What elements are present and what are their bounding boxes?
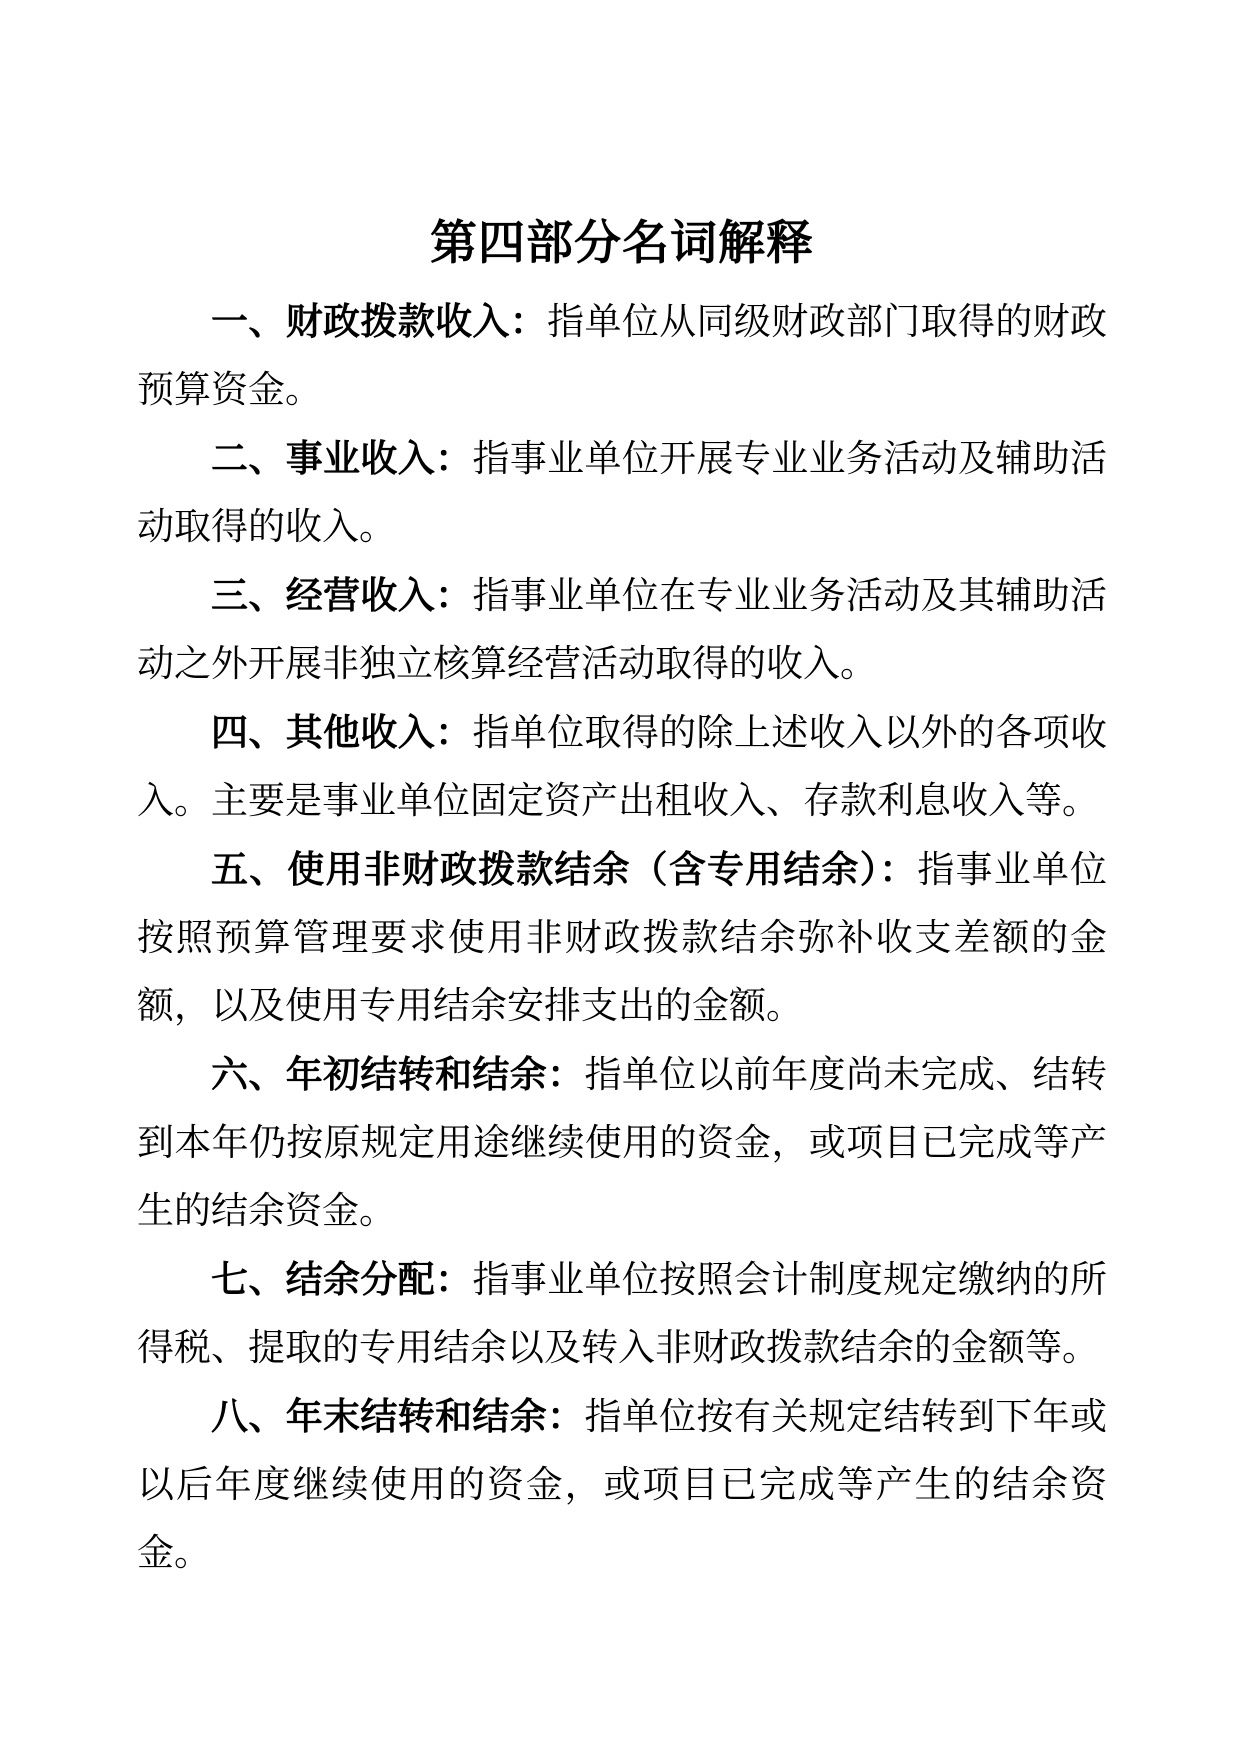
document-content: 第四部分名词解释 一、财政拨款收入：指单位从同级财政部门取得的财政预算资金。 二…	[137, 212, 1107, 1588]
term-label: 八、年末结转和结余：	[211, 1396, 584, 1437]
definition-paragraph: 三、经营收入：指事业单位在专业业务活动及其辅助活动之外开展非独立核算经营活动取得…	[137, 562, 1107, 699]
document-page: 第四部分名词解释 一、财政拨款收入：指单位从同级财政部门取得的财政预算资金。 二…	[0, 0, 1241, 1754]
definition-paragraph: 五、使用非财政拨款结余（含专用结余）：指事业单位按照预算管理要求使用非财政拨款结…	[137, 836, 1107, 1041]
term-label: 二、事业收入：	[211, 438, 472, 479]
term-label: 五、使用非财政拨款结余（含专用结余）：	[211, 849, 917, 890]
definition-paragraph: 六、年初结转和结余：指单位以前年度尚未完成、结转到本年仍按原规定用途继续使用的资…	[137, 1041, 1107, 1246]
page-title: 第四部分名词解释	[137, 212, 1107, 274]
term-label: 四、其他收入：	[211, 712, 472, 753]
definition-paragraph: 四、其他收入：指单位取得的除上述收入以外的各项收入。主要是事业单位固定资产出租收…	[137, 699, 1107, 836]
term-label: 三、经营收入：	[211, 575, 472, 616]
definition-paragraph: 七、结余分配：指事业单位按照会计制度规定缴纳的所得税、提取的专用结余以及转入非财…	[137, 1246, 1107, 1383]
term-label: 六、年初结转和结余：	[211, 1054, 584, 1095]
definition-paragraph: 二、事业收入：指事业单位开展专业业务活动及辅助活动取得的收入。	[137, 425, 1107, 562]
term-label: 一、财政拨款收入：	[211, 301, 547, 342]
definition-paragraph: 一、财政拨款收入：指单位从同级财政部门取得的财政预算资金。	[137, 288, 1107, 425]
definition-paragraph: 八、年末结转和结余：指单位按有关规定结转到下年或以后年度继续使用的资金，或项目已…	[137, 1383, 1107, 1588]
term-label: 七、结余分配：	[211, 1259, 472, 1300]
